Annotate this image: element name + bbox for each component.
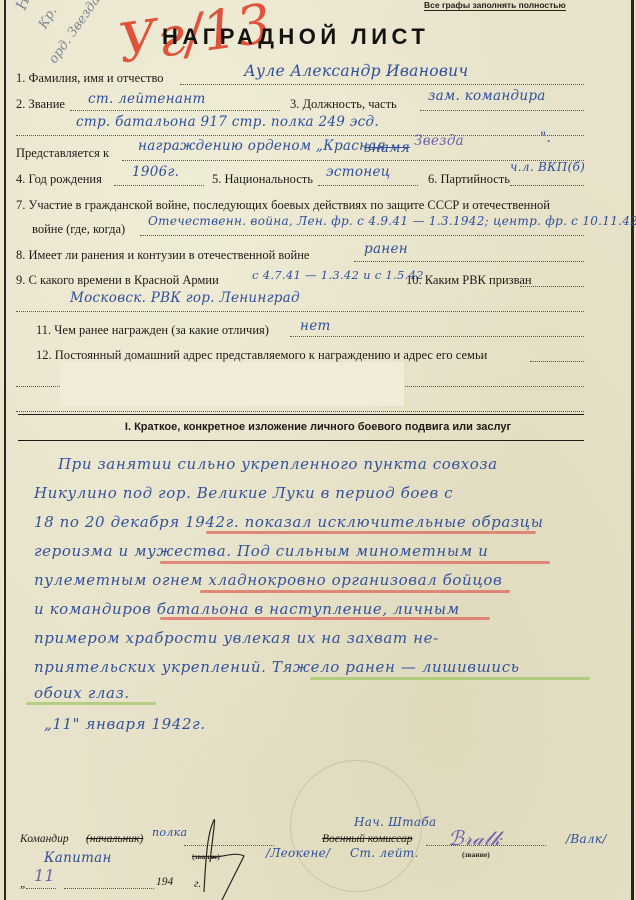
- left-border: [4, 0, 6, 900]
- field-home-address-line: [530, 361, 584, 362]
- field-nationality-value: эстонец: [326, 164, 390, 180]
- field-war-participation-label: 7. Участие в гражданской войне, последую…: [16, 198, 550, 213]
- commissar-rank: Ст. лейт.: [350, 846, 419, 860]
- narrative-line: обоих глаз.: [34, 684, 130, 702]
- narrative-line: героизма и мужества. Под сильным миномет…: [34, 542, 488, 560]
- field-birth-year-value: 1906г.: [132, 164, 179, 180]
- field-rank-value: ст. лейтенант: [88, 91, 206, 107]
- field-birth-year-line: [114, 185, 204, 186]
- field-rvk-label: 10. Каким РВК призван: [406, 273, 532, 288]
- narrative-line: пулеметным огнем хладнокровно организова…: [34, 571, 502, 589]
- field-position-value: зам. командира: [428, 88, 546, 104]
- commander-name: /Леокене/: [266, 846, 330, 860]
- sign-date-day-line: [26, 888, 56, 889]
- field-rvk-line: [520, 286, 584, 287]
- field-army-since-label: 9. С какого времени в Красной Армии: [16, 273, 219, 288]
- field-birth-year-label: 4. Год рождения: [16, 172, 102, 187]
- redacted-address: [60, 362, 404, 406]
- sign-date-year-prefix: 194: [156, 876, 173, 888]
- field-rank-label: 2. Звание: [16, 97, 65, 112]
- field-position-line: [420, 110, 584, 111]
- field-rvk-line-2: [16, 311, 584, 312]
- field-rank-line: [70, 110, 280, 111]
- commissar-rank-hint: (звание): [462, 850, 490, 859]
- narrative-date: „11" января 1942г.: [44, 715, 206, 733]
- field-party-label: 6. Партийность: [428, 172, 510, 187]
- green-underline: [310, 677, 590, 680]
- page-title: НАГРАДНОЙ ЛИСТ: [162, 24, 429, 50]
- field-nationality-label: 5. Национальность: [212, 172, 313, 187]
- field-wounds-value: ранен: [364, 241, 408, 257]
- field-war-participation-value: Отечественн. война, Лен. фр. с 4.9.41 — …: [148, 214, 636, 228]
- commissar-replacement-title: Нач. Штаба: [354, 815, 436, 829]
- narrative-line: приятельских укреплений. Тяжело ранен — …: [34, 658, 519, 676]
- field-previous-awards-value: нет: [300, 318, 331, 334]
- red-underline: [160, 561, 550, 564]
- presented-correction: Звезда: [414, 133, 464, 149]
- commissar-signature: ℬ𝓇𝒶𝓁𝓀: [448, 826, 502, 850]
- narrative-line: Никулино под гор. Великие Луки в период …: [34, 484, 453, 502]
- field-position-label: 3. Должность, часть: [290, 97, 397, 112]
- red-underline: [206, 531, 536, 534]
- presented-quote-close: ".: [540, 130, 551, 146]
- presented-label: Представляется к: [16, 146, 109, 161]
- field-wounds-label: 8. Имеет ли ранения и контузии в отечест…: [16, 248, 309, 263]
- section-divider-top: [18, 414, 584, 415]
- field-rvk-value: Московск. РВК гор. Ленинград: [70, 290, 300, 306]
- section-divider-bottom: [18, 440, 584, 441]
- field-nationality-line: [318, 185, 418, 186]
- commander-rank: Капитан: [44, 850, 112, 866]
- right-border: [631, 0, 634, 900]
- narrative-line: 18 по 20 декабря 1942г. показал исключит…: [34, 513, 544, 531]
- red-underline: [200, 590, 510, 593]
- field-name-label: 1. Фамилия, имя и отчество: [16, 71, 164, 86]
- field-war-participation-label-2: войне (где, когда): [32, 222, 125, 237]
- presented-value: награждению орденом „Красная: [138, 138, 386, 154]
- section-title: I. Краткое, конкретное изложение личного…: [0, 421, 636, 433]
- narrative-line: примером храбрости увлекая их на захват …: [34, 629, 439, 647]
- sign-date-year-suffix: г.: [194, 878, 201, 890]
- presented-struck-value: знамя: [364, 140, 410, 156]
- field-name-value: Ауле Александр Иванович: [244, 62, 468, 80]
- sign-date-month-line: [64, 888, 154, 889]
- field-home-address-label: 12. Постоянный домашний адрес представля…: [36, 348, 487, 363]
- sign-date-day: 11: [34, 866, 55, 885]
- green-underline: [26, 702, 156, 705]
- field-previous-awards-label: 11. Чем ранее награжден (за какие отличи…: [36, 323, 269, 338]
- narrative-line: При занятии сильно укрепленного пункта с…: [58, 455, 498, 473]
- field-name-line: [180, 84, 584, 85]
- field-party-value: ч.л. ВКП(б): [510, 160, 585, 174]
- field-party-line: [510, 185, 584, 186]
- field-position-line-2: [16, 135, 584, 136]
- narrative-line: и командиров батальона в наступление, ли…: [34, 600, 460, 618]
- commissar-name: /Валк/: [566, 832, 607, 846]
- commander-label: Командир: [20, 833, 69, 845]
- field-home-address-line-3: [16, 411, 584, 412]
- commander-unit: полка: [152, 826, 187, 839]
- field-war-participation-line: [140, 235, 584, 236]
- field-position-value-cont: стр. батальона 917 стр. полка 249 эсд.: [76, 114, 379, 130]
- fill-all-fields-note: Все графы заполнять полностью: [424, 0, 566, 11]
- commissar-struck-label: Военный комиссар: [322, 833, 412, 845]
- field-wounds-line: [354, 261, 584, 262]
- field-previous-awards-line: [290, 336, 584, 337]
- commander-struck-label: (начальник): [86, 833, 143, 845]
- field-army-since-value: с 4.7.41 — 1.3.42 и с 1.5.42: [252, 268, 424, 282]
